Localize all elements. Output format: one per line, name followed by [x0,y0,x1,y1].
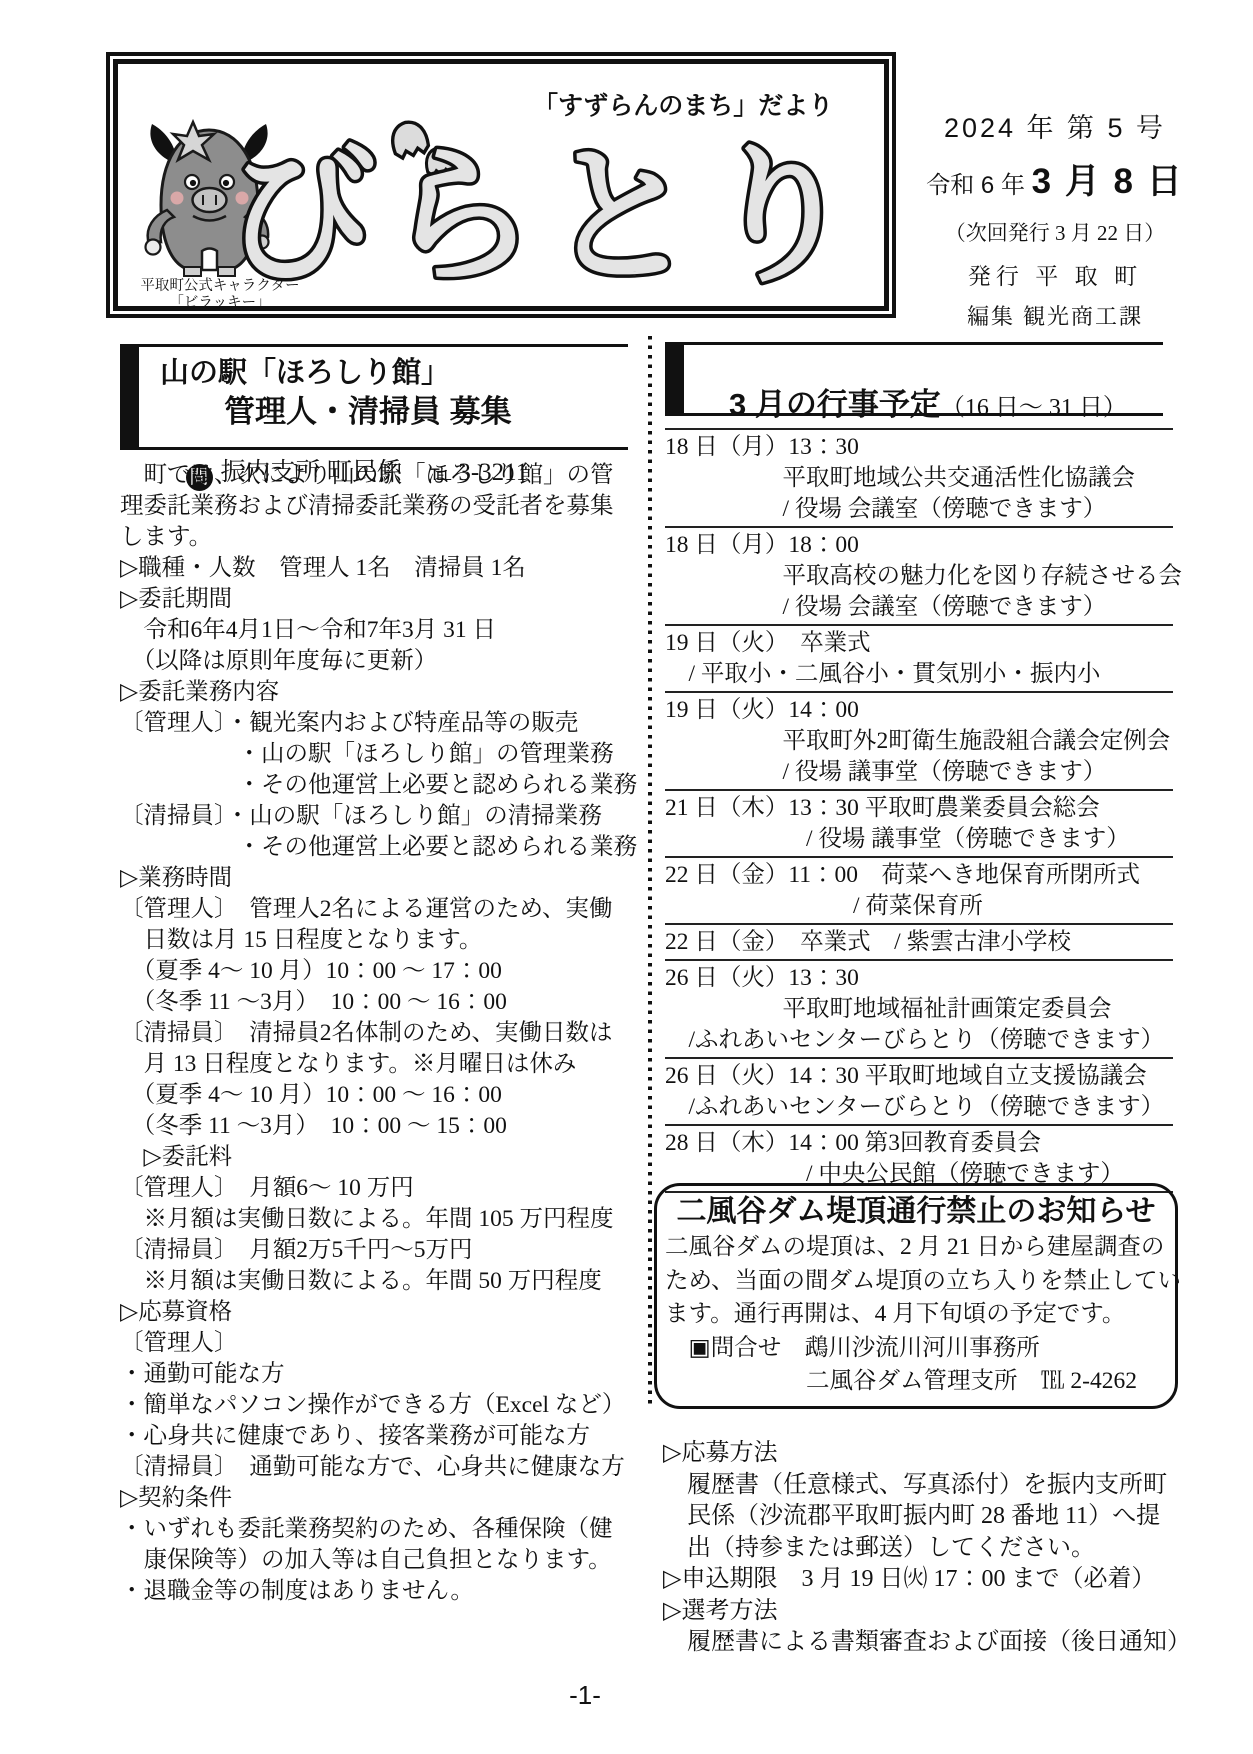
event-text-line: / 役場 会議室（傍聴できます） [665,494,1173,525]
recruitment-text-line: （夏季 4～ 10 月）10：00 ～ 17：00 [120,956,634,987]
mascot-left-fist [146,240,161,255]
schedule-title: 3 月の行事予定 [729,387,941,422]
application-line: ▷申込期限 3 月 19 日㈫ 17：00 まで（必着） [663,1564,1179,1596]
event-text-line: 21 日（木）13：30 平取町農業委員会総会 [665,793,1173,824]
recruitment-text-line: ▷契約条件 [120,1483,634,1514]
recruitment-text-line: ・山の駅「ほろしり館」の管理業務 [120,739,634,770]
issue-date-era: 令和 6 年 [926,172,1025,199]
event-text-line: 19 日（火） 卒業式 [665,628,1173,659]
recruitment-text-line: （冬季 11 ～3月） 10：00 ～ 16：00 [120,987,634,1018]
event-text-line: / 役場 議事堂（傍聴できます） [665,757,1173,788]
column-divider [648,336,652,1408]
recruitment-text-line: ・簡単なパソコン操作ができる方（Excel など） [120,1390,634,1421]
event-text-line: 18 日（月）13：30 [665,432,1173,463]
masthead-title: びらとり [222,96,892,308]
event-text-line: /ふれあいセンターびらとり（傍聴できます） [665,1025,1173,1056]
event-text-line: / 荷菜保育所 [665,891,1173,922]
page-number: -1- [0,1680,1170,1711]
section-bar [120,347,139,447]
recruitment-text-line: 理委託業務および清掃委託業務の受託者を募集 [120,491,634,522]
recruitment-text-line: ▷職種・人数 管理人 1名 清掃員 1名 [120,553,634,584]
recruitment-body: 町では、次により山の駅「ほろしり館」の管理委託業務および清掃委託業務の受託者を募… [120,460,634,1607]
recruitment-text-line: 〔清掃員〕・山の駅「ほろしり館」の清掃業務 [120,801,634,832]
recruitment-text-line: 月 13 日程度となります。※月曜日は休み [120,1049,634,1080]
newsletter-page: 「すずらんのまち」だより 平取町公式キャラクター 「ビラッキー」 [0,0,1253,1754]
issue-date-main: 3 月 8 日 [1032,162,1184,201]
dam-notice-body: 二風谷ダムの堤頂は、2 月 21 日から建屋調査のため、当面の間ダム堤頂の立ち入… [665,1231,1167,1399]
dam-notice-line: ため、当面の間ダム堤頂の立ち入りを禁止してい [665,1265,1167,1299]
recruitment-text-line: 〔管理人〕・観光案内および特産品等の販売 [120,708,634,739]
recruitment-text-line: 〔管理人〕 月額6～ 10 万円 [120,1173,634,1204]
recruitment-title-line1: 山の駅「ほろしり館」 [160,350,450,391]
masthead-title-text: びらとり [226,132,866,300]
recruitment-text-line: ▷委託料 [120,1142,634,1173]
application-line: 履歴書による書類審査および面接（後日通知） [663,1627,1179,1659]
event-row: 26 日（火）14：30 平取町地域自立支援協議会 /ふれあいセンターびらとり（… [665,1057,1173,1124]
dam-notice-line: ます。通行再開は、4 月下旬頃の予定です。 [665,1298,1167,1332]
recruitment-text-line: 日数は月 15 日程度となります。 [120,925,634,956]
dam-notice-title: 二風谷ダム堤頂通行禁止のお知らせ [665,1193,1167,1231]
event-text-line: / 役場 会議室（傍聴できます） [665,592,1173,623]
recruitment-text-line: 〔管理人〕 [120,1328,634,1359]
recruitment-text-line: ・いずれも委託業務契約のため、各種保険（健 [120,1514,634,1545]
application-line: 民係（沙流郡平取町振内町 28 番地 11）へ提 [663,1501,1179,1533]
recruitment-text-line: 康保険等）の加入等は自己負担となります。 [120,1545,634,1576]
recruitment-text-line: ・通勤可能な方 [120,1359,634,1390]
publisher: 発行 平 取 町 [905,258,1205,291]
recruitment-text-line: 令和6年4月1日～令和7年3月 31 日 [120,615,634,646]
recruitment-text-line: （以降は原則年度毎に更新） [120,646,634,677]
event-text-line: / 平取小・二風谷小・貫気別小・振内小 [665,659,1173,690]
event-text-line: 22 日（金）11：00 荷菜へき地保育所閉所式 [665,860,1173,891]
dam-notice-line: 二風谷ダム管理支所 ℡ 2-4262 [665,1365,1167,1399]
mascot-left-hoof [184,267,201,276]
schedule-title-range: （16 日～ 31 日） [941,395,1127,421]
event-text-line: 26 日（火）13：30 [665,963,1173,994]
mascot-left-pupil [190,180,196,186]
application-line: ▷選考方法 [663,1596,1179,1628]
issue-info: 2024 年 第 5 号 令和 6 年 3 月 8 日 （次回発行 3 月 22… [905,106,1205,331]
event-row: 26 日（火）13：30 平取町地域福祉計画策定委員会 /ふれあいセンターびらと… [665,959,1173,1057]
recruitment-text-line: ▷業務時間 [120,863,634,894]
recruitment-text-line: （夏季 4～ 10 月）10：00 ～ 16：00 [120,1080,634,1111]
application-info: ▷応募方法 履歴書（任意様式、写真添付）を振内支所町 民係（沙流郡平取町振内町 … [663,1438,1179,1659]
mascot-leg-gap [202,249,217,271]
recruitment-text-line: ※月額は実働日数による。年間 105 万円程度 [120,1204,634,1235]
event-text-line: / 役場 議事堂（傍聴できます） [665,824,1173,855]
recruitment-text-line: （冬季 11 ～3月） 10：00 ～ 15：00 [120,1111,634,1142]
event-text-line: 26 日（火）14：30 平取町地域自立支援協議会 [665,1061,1173,1092]
recruitment-text-line: 〔清掃員〕 月額2万5千円～5万円 [120,1235,634,1266]
issue-number: 2024 年 第 5 号 [905,106,1205,145]
event-row: 22 日（金）11：00 荷菜へき地保育所閉所式 / 荷菜保育所 [665,856,1173,923]
event-row: 18 日（月）13：30 平取町地域公共交通活性化協議会 / 役場 会議室（傍聴… [665,428,1173,526]
event-row: 19 日（火） 卒業式 / 平取小・二風谷小・貫気別小・振内小 [665,624,1173,691]
event-text-line: 平取高校の魅力化を図り存続させる会 [665,561,1173,592]
event-text-line: 平取町地域公共交通活性化協議会 [665,463,1173,494]
recruitment-text-line: ▷委託業務内容 [120,677,634,708]
recruitment-text-line: ▷応募資格 [120,1297,634,1328]
event-text-line: 平取町地域福祉計画策定委員会 [665,994,1173,1025]
recruitment-text-line: します。 [120,522,634,553]
recruitment-text-line: 町では、次により山の駅「ほろしり館」の管 [120,460,634,491]
recruitment-text-line: ・その他運営上必要と認められる業務 [120,770,634,801]
event-text-line: 18 日（月）18：00 [665,530,1173,561]
recruitment-text-line: ・その他運営上必要と認められる業務 [120,832,634,863]
schedule-title-box: 3 月の行事予定（16 日～ 31 日） [665,342,1163,416]
next-issue-date: （次回発行 3 月 22 日） [905,217,1205,247]
editor: 編集 観光商工課 [905,300,1205,331]
section-bar [665,345,684,413]
recruitment-text-line: ▷委託期間 [120,584,634,615]
recruitment-text-line: ・退職金等の制度はありません。 [120,1576,634,1607]
dam-notice-line: ▣問合せ 鵡川沙流川河川事務所 [665,1332,1167,1366]
event-text-line: 28 日（木）14：00 第3回教育委員会 [665,1128,1173,1159]
application-line: 出（持参または郵送）してください。 [663,1533,1179,1565]
recruitment-text-line: ※月額は実働日数による。年間 50 万円程度 [120,1266,634,1297]
recruitment-text-line: 〔清掃員〕 清掃員2名体制のため、実働日数は [120,1018,634,1049]
recruitment-text-line: ・心身共に健康であり、接客業務が可能な方 [120,1421,634,1452]
event-row: 21 日（木）13：30 平取町農業委員会総会 / 役場 議事堂（傍聴できます） [665,789,1173,856]
event-row: 28 日（木）14：00 第3回教育委員会 / 中央公民館（傍聴できます） [665,1124,1173,1191]
dam-notice-line: 二風谷ダムの堤頂は、2 月 21 日から建屋調査の [665,1231,1167,1265]
dam-notice-box: 二風谷ダム堤頂通行禁止のお知らせ 二風谷ダムの堤頂は、2 月 21 日から建屋調… [654,1183,1178,1409]
event-text-line: 19 日（火）14：00 [665,695,1173,726]
recruitment-text-line: 〔清掃員〕 通勤可能な方で、心身共に健康な方 [120,1452,634,1483]
event-text-line: 平取町外2町衛生施設組合議会定例会 [665,726,1173,757]
mascot-left-cheek [171,192,184,205]
event-text-line: 22 日（金） 卒業式 / 紫雲古津小学校 [665,927,1173,958]
event-row: 22 日（金） 卒業式 / 紫雲古津小学校 [665,923,1173,959]
event-row: 19 日（火）14：00 平取町外2町衛生施設組合議会定例会 / 役場 議事堂（… [665,691,1173,789]
application-line: ▷応募方法 [663,1438,1179,1470]
recruitment-title-box: 山の駅「ほろしり館」 管理人・清掃員 募集 問振内支所 町民係℡3-3211 [120,344,628,450]
issue-date: 令和 6 年 3 月 8 日 [905,154,1205,204]
event-row: 18 日（月）18：00 平取高校の魅力化を図り存続させる会 / 役場 会議室（… [665,526,1173,624]
event-text-line: /ふれあいセンターびらとり（傍聴できます） [665,1092,1173,1123]
events-table: 18 日（月）13：30 平取町地域公共交通活性化協議会 / 役場 会議室（傍聴… [665,428,1173,1193]
recruitment-text-line: 〔管理人〕 管理人2名による運営のため、実働 [120,894,634,925]
application-line: 履歴書（任意様式、写真添付）を振内支所町 [663,1470,1179,1502]
